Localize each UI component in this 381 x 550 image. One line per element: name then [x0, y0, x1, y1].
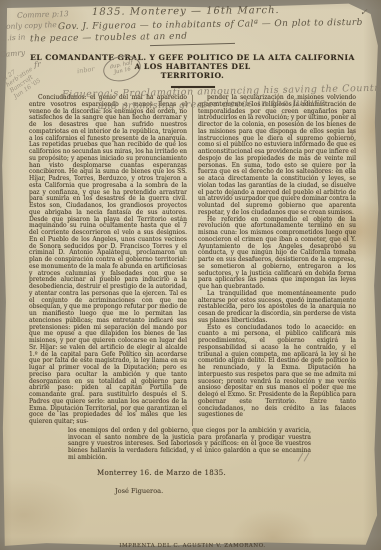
printer-imprint: IMPRENTA DEL C. AGUSTIN V. ZAMORANO. — [29, 543, 356, 549]
right-column: pender la secularización de misiones vol… — [192, 95, 356, 426]
body-paragraph: Esto es conciudadanos todo lo acaecido: … — [198, 325, 356, 420]
printed-proclamation: EL COMANDANTE GRAL. Y GEFE POLITICO DE L… — [0, 0, 381, 550]
margin-note: …is in — [2, 32, 26, 42]
body-paragraph: He referido en compendio el objeto de la… — [198, 217, 356, 291]
body-paragraph: La tranquilidad que momentáneamente pudo… — [198, 291, 356, 325]
oval-note-line: Jun 16 — [114, 67, 132, 76]
two-column-body: Conciudadanos: el genio del mal ha apare… — [29, 95, 356, 426]
body-paragraph: Conciudadanos: el genio del mal ha apare… — [29, 95, 187, 426]
left-column: Conciudadanos: el genio del mal ha apare… — [29, 95, 192, 426]
closing-paragraph: los enemigos del orden y del gobierno, q… — [68, 428, 311, 462]
margin-note: Commre p:13 — [17, 9, 69, 20]
signature: José Figueroa. — [115, 487, 356, 495]
checkmark-note: ✓ — [360, 8, 368, 18]
margin-note: fr — [34, 60, 42, 70]
scanned-document-page: { "colors": { "paper": "#d8ceb3", "print… — [0, 0, 381, 550]
dateline: Monterrey 16. de Marzo de 1835. — [97, 469, 356, 477]
handwritten-date-note: 1835. Monterey — 16th March. — [92, 5, 280, 18]
margin-note: only copy the — [6, 20, 57, 31]
body-paragraph: pender la secularización de misiones vol… — [198, 95, 356, 217]
margin-note: Camry — [0, 48, 25, 59]
